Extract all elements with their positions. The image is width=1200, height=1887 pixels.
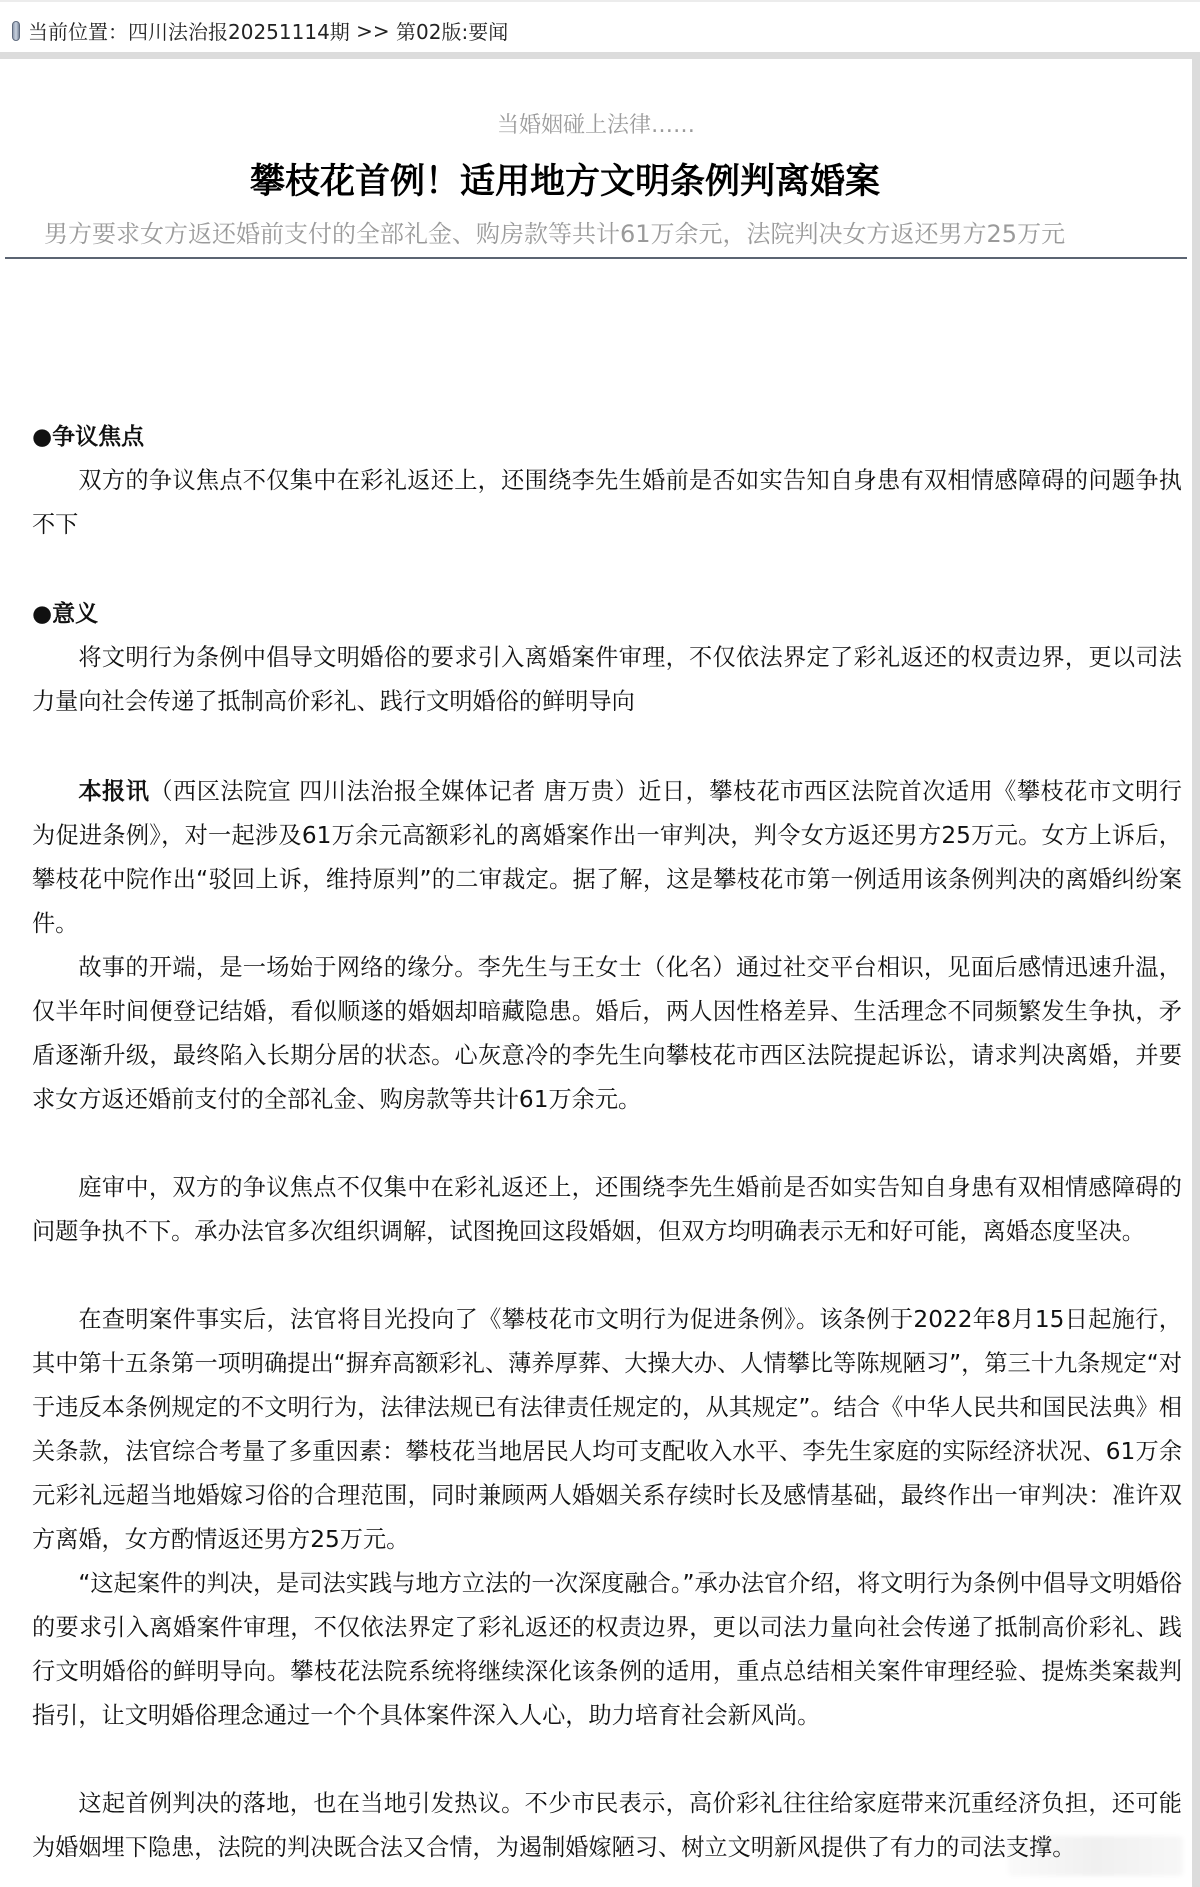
body-paragraph-3: 庭审中，双方的争议焦点不仅集中在彩礼返还上，还围绕李先生婚前是否如实告知自身患有… [32,1166,1182,1254]
body-paragraph-5: “这起案件的判决，是司法实践与地方立法的一次深度融合。”承办法官介绍，将文明行为… [32,1562,1182,1738]
frame-top-border [0,52,1200,59]
breadcrumb-label: 当前位置： [28,16,128,45]
article-deck: 男方要求女方返还婚前支付的全部礼金、购房款等共计61万余元，法院判决女方返还男方… [44,214,1065,249]
lead-in: 本报讯 [78,778,149,805]
section-heading-dispute: ●争议焦点 [32,415,144,459]
section-text-significance: 将文明行为条例中倡导文明婚俗的要求引入离婚案件审理，不仅依法界定了彩礼返还的权责… [32,636,1182,724]
section-text-dispute: 双方的争议焦点不仅集中在彩礼返还上，还围绕李先生婚前是否如实告知自身患有双相情感… [32,459,1182,547]
body-paragraph-4: 在查明案件事实后，法官将目光投向了《攀枝花市文明行为促进条例》。该条例于2022… [32,1298,1182,1562]
header-divider [5,257,1187,259]
article-pretitle: 当婚姻碰上法律…… [0,108,1192,139]
breadcrumb-section[interactable]: 第02版:要闻 [396,16,508,45]
section-heading-significance: ●意义 [32,592,98,636]
location-bar: 当前位置： 四川法治报20251114期 >> 第02版:要闻 [0,0,1200,52]
watermark [1008,1836,1183,1876]
body-paragraph-1: 本报讯（西区法院宣 四川法治报全媒体记者 唐万贵）近日，攀枝花市西区法院首次适用… [32,770,1182,946]
breadcrumb: 当前位置： 四川法治报20251114期 >> 第02版:要闻 [12,16,508,45]
breadcrumb-separator: >> [350,19,396,43]
body-paragraph-1-text: （西区法院宣 四川法治报全媒体记者 唐万贵）近日，攀枝花市西区法院首次适用《攀枝… [32,778,1182,937]
pin-icon [12,21,20,41]
article-headline: 攀枝花首例！适用地方文明条例判离婚案 [0,154,1130,204]
frame-right-border [1192,52,1200,1887]
breadcrumb-publication[interactable]: 四川法治报20251114期 [128,16,350,45]
body-paragraph-2: 故事的开端，是一场始于网络的缘分。李先生与王女士（化名）通过社交平台相识，见面后… [32,946,1182,1122]
